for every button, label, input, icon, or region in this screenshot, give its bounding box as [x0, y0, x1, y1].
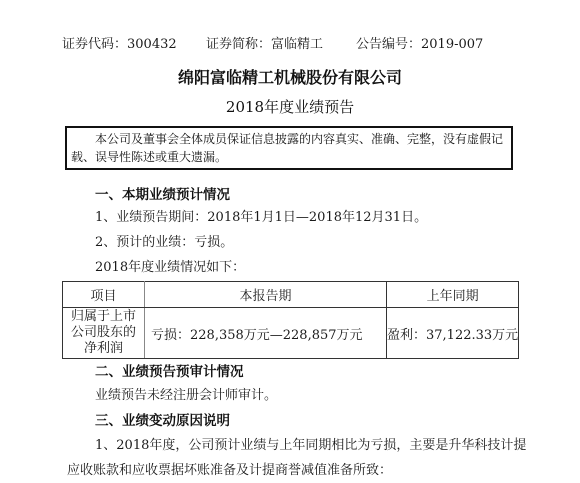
announcement-number-value: 2019-007 — [421, 37, 483, 52]
forecast-period: 1、业绩预告期间：2018年1月1日—2018年12月31日。 — [95, 209, 427, 227]
disclaimer-text: 本公司及董事会全体成员保证信息披露的内容真实、准确、完整，没有虚假记载、误导性陈… — [71, 130, 507, 166]
prior-period-value: 盈利：37,122.33万元 — [387, 328, 518, 343]
reason-paragraph-line-2: 应收账款和应收票据坏账准备及计提商誉减值准备所致： — [67, 462, 392, 480]
document-title: 2018年度业绩预告 — [0, 97, 580, 117]
column-header-prior-period: 上年同期 — [387, 282, 519, 308]
column-header-current-period: 本报告期 — [145, 282, 387, 308]
announcement-number-label: 公告编号： — [356, 37, 421, 52]
row-item-line: 归属于上市 — [63, 309, 144, 325]
company-name: 绵阳富临精工机械股份有限公司 — [0, 68, 580, 88]
performance-table: 项目 本报告期 上年同期 归属于上市 公司股东的 净利润 亏损：228,358万… — [62, 281, 519, 359]
audit-statement: 业绩预告未经注册会计师审计。 — [95, 387, 277, 405]
stock-code-value: 300432 — [127, 37, 177, 52]
reason-paragraph-line-1: 1、2018年度，公司预计业绩与上年同期相比为亏损，主要是升华科技计提 — [95, 437, 526, 455]
stock-name: 证券简称：富临精工 — [206, 37, 323, 53]
column-header-item: 项目 — [63, 282, 145, 308]
stock-name-value: 富临精工 — [271, 37, 323, 52]
section-heading-1: 一、本期业绩预计情况 — [95, 186, 230, 204]
forecast-result: 2、预计的业绩：亏损。 — [95, 234, 233, 252]
disclaimer-box: 本公司及董事会全体成员保证信息披露的内容真实、准确、完整，没有虚假记载、误导性陈… — [65, 126, 513, 170]
row-item-line: 公司股东的 — [63, 325, 144, 341]
section-heading-3: 三、业绩变动原因说明 — [95, 412, 230, 430]
current-period-value: 亏损：228,358万元—228,857万元 — [145, 328, 363, 343]
table-row: 归属于上市 公司股东的 净利润 亏损：228,358万元—228,857万元 盈… — [63, 308, 519, 359]
stock-code: 证券代码：300432 — [62, 37, 177, 53]
table-intro: 2018年度业绩情况如下： — [95, 259, 245, 277]
stock-code-label: 证券代码： — [62, 37, 127, 52]
prior-period-cell: 盈利：37,122.33万元 — [387, 308, 519, 359]
current-period-cell: 亏损：228,358万元—228,857万元 — [145, 308, 387, 359]
row-item-line: 净利润 — [63, 341, 144, 357]
table-header-row: 项目 本报告期 上年同期 — [63, 282, 519, 308]
announcement-number: 公告编号：2019-007 — [356, 37, 483, 53]
section-heading-2: 二、业绩预告预审计情况 — [95, 363, 244, 381]
row-item-cell: 归属于上市 公司股东的 净利润 — [63, 308, 145, 359]
stock-name-label: 证券简称： — [206, 37, 271, 52]
